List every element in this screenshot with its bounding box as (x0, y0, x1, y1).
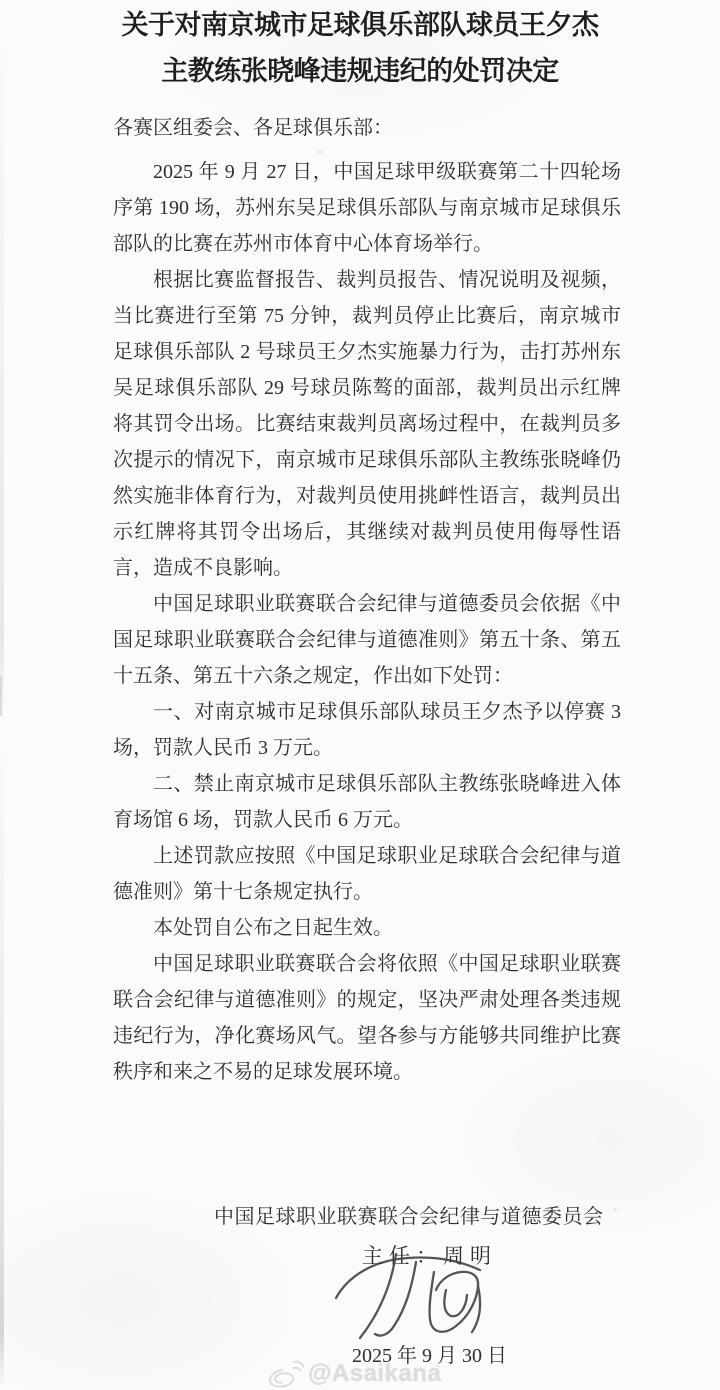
salutation: 各赛区组委会、各足球俱乐部： (113, 110, 621, 146)
document-title-line1: 关于对南京城市足球俱乐部队球员王夕杰 (0, 2, 720, 48)
body-paragraph: 二、禁止南京城市足球俱乐部队主教练张晓峰进入体育场馆 6 场，罚款人民币 6 万… (113, 766, 621, 838)
watermark: @Asaikana (268, 1357, 441, 1390)
body-paragraph: 一、对南京城市足球俱乐部队球员王夕杰予以停赛 3 场，罚款人民币 3 万元。 (113, 694, 621, 766)
paragraph-list: 2025 年 9 月 27 日，中国足球甲级联赛第二十四轮场序第 190 场，苏… (113, 154, 621, 1090)
signature-organization: 中国足球职业联赛联合会纪律与道德委员会 (214, 1200, 604, 1229)
body-paragraph: 本处罚自公布之日起生效。 (113, 910, 621, 946)
document-body: 各赛区组委会、各足球俱乐部： 2025 年 9 月 27 日，中国足球甲级联赛第… (113, 110, 621, 1090)
scanned-document-page: 关于对南京城市足球俱乐部队球员王夕杰 主教练张晓峰违规违纪的处罚决定 各赛区组委… (0, 0, 720, 1390)
weibo-icon (268, 1360, 304, 1388)
document-title-line2: 主教练张晓峰违规违纪的处罚决定 (0, 48, 720, 94)
scan-speck (614, 1208, 617, 1211)
body-paragraph: 根据比赛监督报告、裁判员报告、情况说明及视频，当比赛进行至第 75 分钟，裁判员… (113, 262, 621, 586)
body-paragraph: 中国足球职业联赛联合会纪律与道德委员会依据《中国足球职业联赛联合会纪律与道德准则… (113, 586, 621, 694)
handwritten-signature (330, 1246, 514, 1350)
body-paragraph: 2025 年 9 月 27 日，中国足球甲级联赛第二十四轮场序第 190 场，苏… (113, 154, 621, 262)
document-title: 关于对南京城市足球俱乐部队球员王夕杰 主教练张晓峰违规违纪的处罚决定 (0, 2, 720, 94)
watermark-handle: @Asaikana (308, 1360, 441, 1388)
body-paragraph: 中国足球职业联赛联合会将依照《中国足球职业联赛联合会纪律与道德准则》的规定，坚决… (113, 946, 621, 1090)
scan-edge-mark (0, 676, 2, 716)
body-paragraph: 上述罚款应按照《中国足球职业足球联合会纪律与道德准则》第十七条规定执行。 (113, 838, 621, 910)
